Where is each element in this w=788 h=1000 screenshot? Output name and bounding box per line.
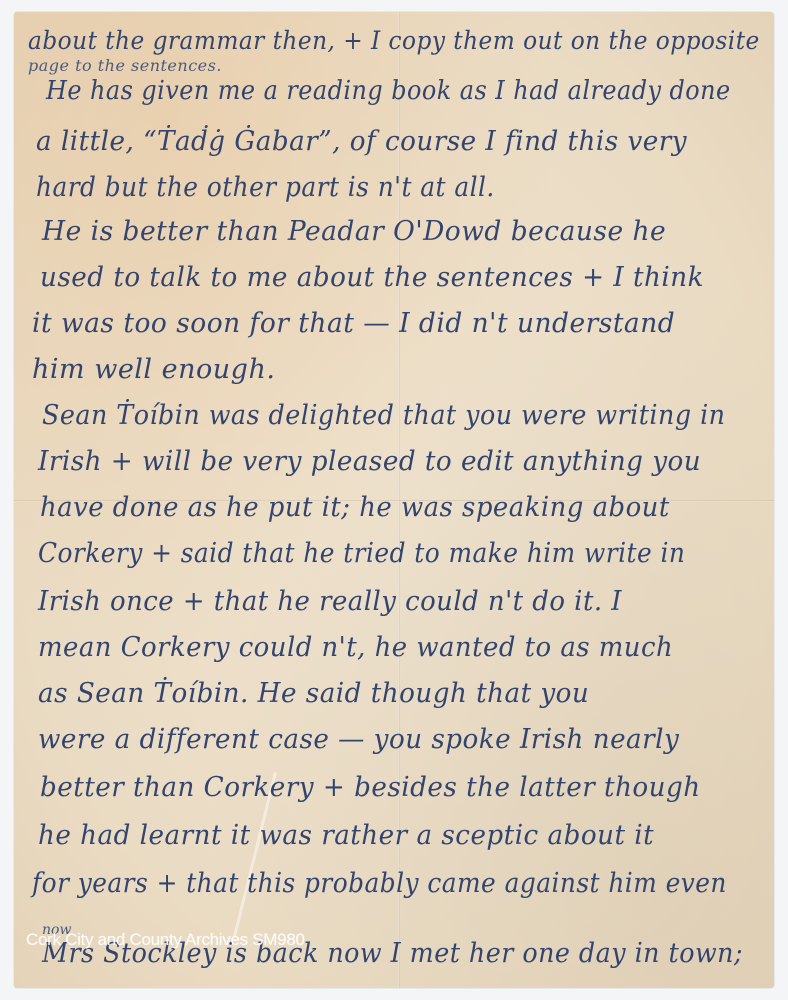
archive-watermark: Cork City and County Archives SM980: [26, 930, 305, 950]
handwritten-line: Irish once + that he really could n't do…: [38, 586, 622, 617]
handwritten-line: about the grammar then, + I copy them ou…: [28, 26, 760, 55]
handwritten-line: Irish + will be very pleased to edit any…: [38, 446, 701, 477]
handwritten-line: for years + that this probably came agai…: [32, 868, 727, 899]
handwritten-line: a little, “Ṫaḋġ Ġabar”, of course I find…: [36, 126, 687, 157]
letter-paper: about the grammar then, + I copy them ou…: [14, 12, 774, 988]
handwritten-line: him well enough.: [32, 354, 275, 385]
handwritten-line: it was too soon for that — I did n't und…: [32, 308, 675, 339]
handwritten-line: have done as he put it; he was speaking …: [40, 492, 670, 523]
handwritten-line: Sean Ṫoíbin was delighted that you were …: [42, 400, 725, 431]
handwritten-line: He has given me a reading book as I had …: [46, 76, 731, 106]
handwritten-line: were a different case — you spoke Irish …: [38, 724, 679, 755]
handwritten-line: used to talk to me about the sentences +…: [40, 262, 704, 293]
handwritten-line: better than Corkery + besides the latter…: [40, 772, 701, 803]
handwritten-line-insert: page to the sentences.: [28, 56, 222, 75]
scanned-letter-viewer: about the grammar then, + I copy them ou…: [0, 0, 788, 1000]
handwritten-line: as Sean Ṫoíbin. He said though that you: [38, 678, 589, 709]
handwritten-line: mean Corkery could n't, he wanted to as …: [38, 632, 673, 663]
handwritten-line: hard but the other part is n't at all.: [36, 172, 495, 203]
handwritten-line: He is better than Peadar O'Dowd because …: [42, 216, 666, 247]
handwritten-line: Corkery + said that he tried to make him…: [38, 538, 685, 569]
handwritten-line: he had learnt it was rather a sceptic ab…: [38, 820, 654, 851]
